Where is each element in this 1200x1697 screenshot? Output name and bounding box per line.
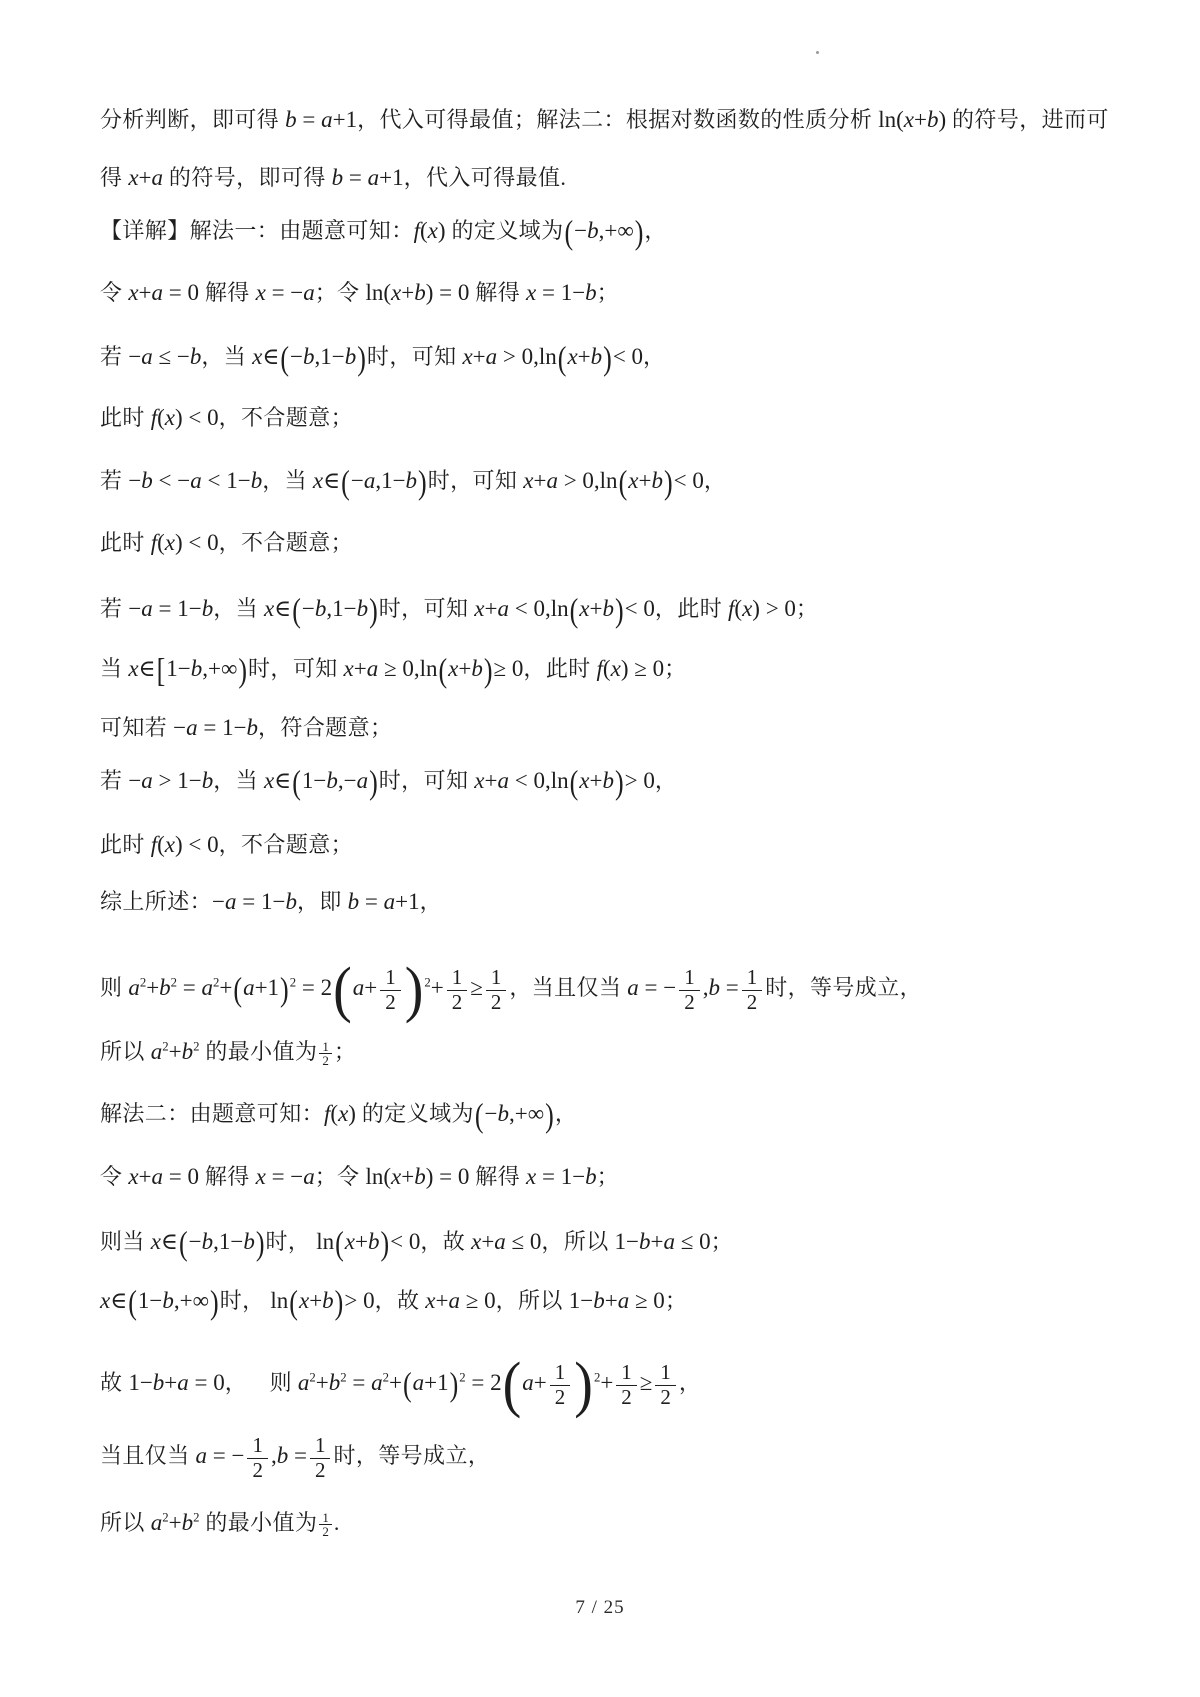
text-line-23: 所以 a2+b2 的最小值为12. xyxy=(100,1504,340,1542)
text-line-18: 令 x+a = 0 解得 x = −a；令 ln(x+b) = 0 解得 x =… xyxy=(100,1158,619,1196)
text-line-12: 若 −a > 1−b，当 x∈(1−b,−a)时，可知 x+a < 0,ln(x… xyxy=(100,762,677,802)
text-line-13: 此时 f(x) < 0，不合题意； xyxy=(100,826,353,864)
fraction: 12 xyxy=(319,1511,332,1539)
fraction: 12 xyxy=(679,966,700,1014)
text-line-1: 分析判断，即可得 b = a+1，代入可得最值；解法二：根据对数函数的性质分析 … xyxy=(100,101,1109,139)
text-line-8: 此时 f(x) < 0，不合题意； xyxy=(100,524,353,562)
text-line-7: 若 −b < −a < 1−b，当 x∈(−a,1−b)时，可知 x+a > 0… xyxy=(100,462,726,502)
text-line-21: 故 1−b+a = 0， 则 a2+b2 = a2+(a+1)2 = 2(a+1… xyxy=(100,1361,701,1409)
fraction: 12 xyxy=(550,1361,571,1409)
fraction: 12 xyxy=(655,1361,676,1409)
text-line-17: 解法二：由题意可知：f(x) 的定义域为(−b,+∞)， xyxy=(100,1095,577,1135)
text-line-15: 则 a2+b2 = a2+(a+1)2 = 2(a+12)2+12≥12，当且仅… xyxy=(100,966,922,1014)
stray-mark xyxy=(816,51,819,54)
fraction: 12 xyxy=(380,966,401,1014)
text-line-19: 则当 x∈(−b,1−b)时， ln(x+b)< 0，故 x+a ≤ 0，所以 … xyxy=(100,1223,733,1263)
text-line-11: 可知若 −a = 1−b，符合题意； xyxy=(100,709,392,747)
fraction: 12 xyxy=(447,966,468,1014)
text-line-22: 当且仅当 a = −12,b =12时，等号成立， xyxy=(100,1434,490,1482)
text-line-14: 综上所述：−a = 1−b，即 b = a+1， xyxy=(100,883,442,921)
text-line-9: 若 −a = 1−b，当 x∈(−b,1−b)时，可知 x+a < 0,ln(x… xyxy=(100,590,818,630)
text-line-4: 令 x+a = 0 解得 x = −a；令 ln(x+b) = 0 解得 x =… xyxy=(100,274,619,312)
page-number: 7 / 25 xyxy=(0,1597,1200,1619)
text-line-3: 【详解】解法一：由题意可知：f(x) 的定义域为(−b,+∞)， xyxy=(100,212,667,252)
text-line-16: 所以 a2+b2 的最小值为12； xyxy=(100,1033,356,1071)
text-line-2: 得 x+a 的符号，即可得 b = a+1，代入可得最值. xyxy=(100,159,566,197)
document-page: 分析判断，即可得 b = a+1，代入可得最值；解法二：根据对数函数的性质分析 … xyxy=(0,0,1200,1697)
fraction: 12 xyxy=(742,966,763,1014)
fraction: 12 xyxy=(310,1434,331,1482)
fraction: 12 xyxy=(319,1040,332,1068)
fraction: 12 xyxy=(486,966,507,1014)
fraction: 12 xyxy=(247,1434,268,1482)
text-line-10: 当 x∈[1−b,+∞)时，可知 x+a ≥ 0,ln(x+b)≥ 0，此时 f… xyxy=(100,650,687,690)
text-line-5: 若 −a ≤ −b，当 x∈(−b,1−b)时，可知 x+a > 0,ln(x+… xyxy=(100,338,665,378)
fraction: 12 xyxy=(616,1361,637,1409)
text-line-6: 此时 f(x) < 0，不合题意； xyxy=(100,399,353,437)
text-line-20: x∈(1−b,+∞)时， ln(x+b)> 0，故 x+a ≥ 0，所以 1−b… xyxy=(100,1282,687,1322)
